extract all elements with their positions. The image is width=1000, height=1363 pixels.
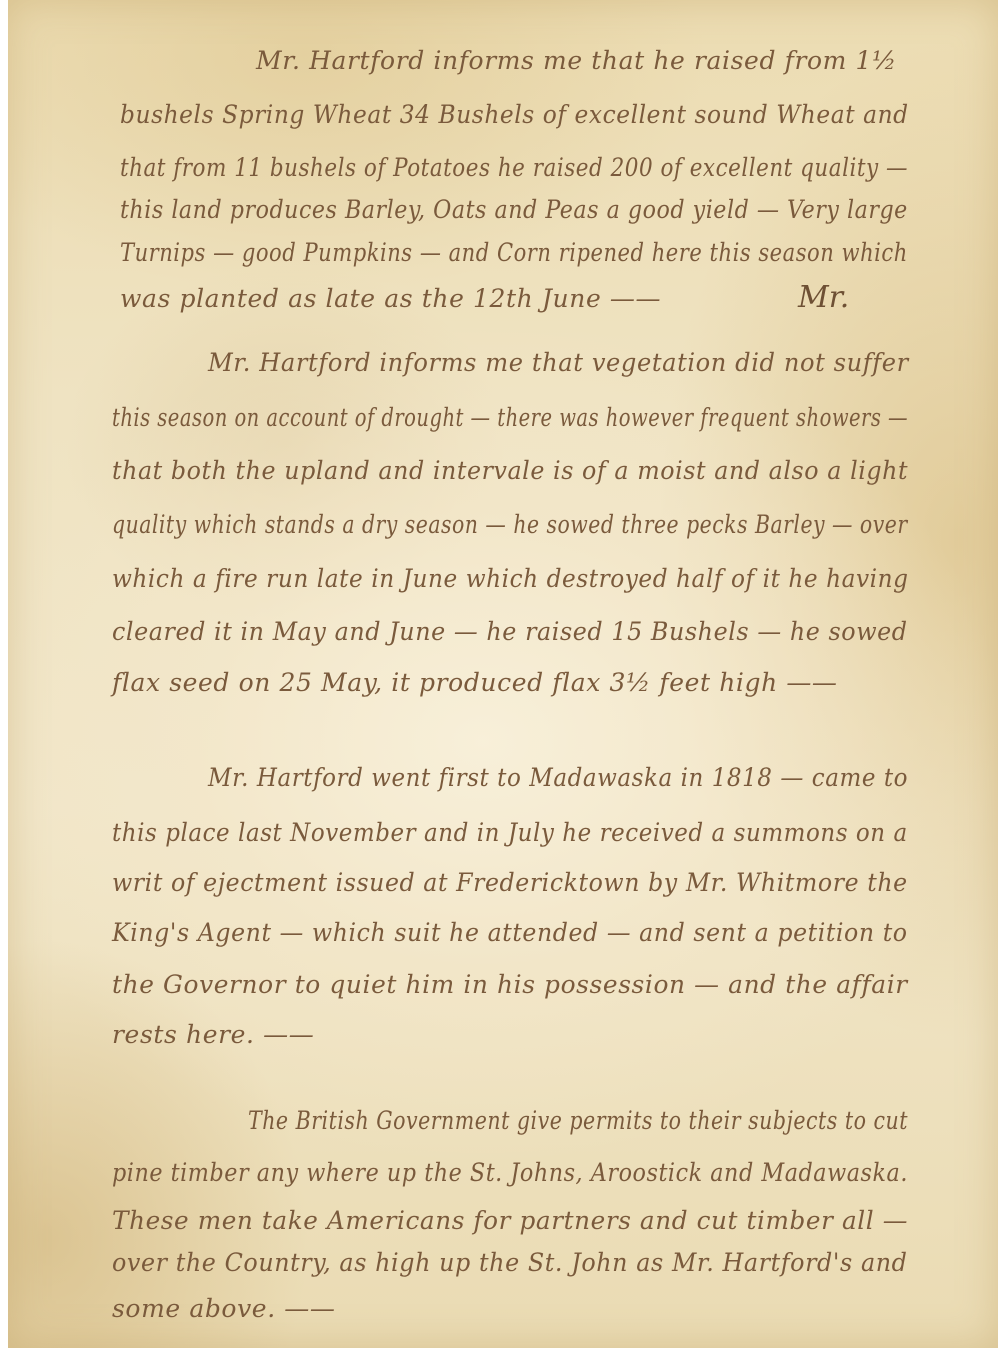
paragraph-4-line-1: The British Government give permits to t… bbox=[248, 1108, 908, 1133]
paragraph-2-line-2: this season on account of drought — ther… bbox=[112, 405, 908, 430]
paragraph-1-line-1: Mr. Hartford informs me that he raised f… bbox=[256, 48, 897, 73]
paragraph-3-line-2: this place last November and in July he … bbox=[112, 820, 908, 845]
paragraph-1-line-6: was planted as late as the 12th June —— bbox=[120, 286, 661, 311]
manuscript-page: Mr. Hartford informs me that he raised f… bbox=[8, 0, 998, 1348]
paragraph-2-line-5: which a fire run late in June which dest… bbox=[112, 566, 909, 591]
paragraph-4-line-2: pine timber any where up the St. Johns, … bbox=[112, 1160, 908, 1185]
paragraph-2-line-1: Mr. Hartford informs me that vegetation … bbox=[208, 350, 909, 375]
paragraph-2-line-3: that both the upland and intervale is of… bbox=[112, 458, 908, 483]
paragraph-2-line-4: quality which stands a dry season — he s… bbox=[112, 512, 908, 537]
paragraph-2-line-7: flax seed on 25 May, it produced flax 3½… bbox=[112, 670, 838, 695]
paragraph-3-line-4: King's Agent — which suit he attended — … bbox=[112, 920, 908, 945]
paragraph-4-line-5: some above. —— bbox=[112, 1296, 336, 1321]
signature-mark: Mr. bbox=[798, 280, 849, 315]
paragraph-3-line-5: the Governor to quiet him in his possess… bbox=[112, 972, 908, 997]
paragraph-4-line-4: over the Country, as high up the St. Joh… bbox=[112, 1250, 907, 1275]
paragraph-1-line-2: bushels Spring Wheat 34 Bushels of excel… bbox=[120, 102, 909, 127]
paragraph-1-line-3: that from 11 bushels of Potatoes he rais… bbox=[120, 155, 908, 180]
paragraph-3-line-1: Mr. Hartford went first to Madawaska in … bbox=[208, 765, 908, 790]
paragraph-1-line-4: this land produces Barley, Oats and Peas… bbox=[120, 197, 908, 222]
paragraph-1-line-5: Turnips — good Pumpkins — and Corn ripen… bbox=[120, 240, 908, 265]
paragraph-3-line-6: rests here. —— bbox=[112, 1022, 314, 1047]
paragraph-2-line-6: cleared it in May and June — he raised 1… bbox=[112, 619, 908, 644]
paragraph-3-line-3: writ of ejectment issued at Fredericktow… bbox=[112, 870, 908, 895]
paragraph-4-line-3: These men take Americans for partners an… bbox=[112, 1208, 908, 1233]
